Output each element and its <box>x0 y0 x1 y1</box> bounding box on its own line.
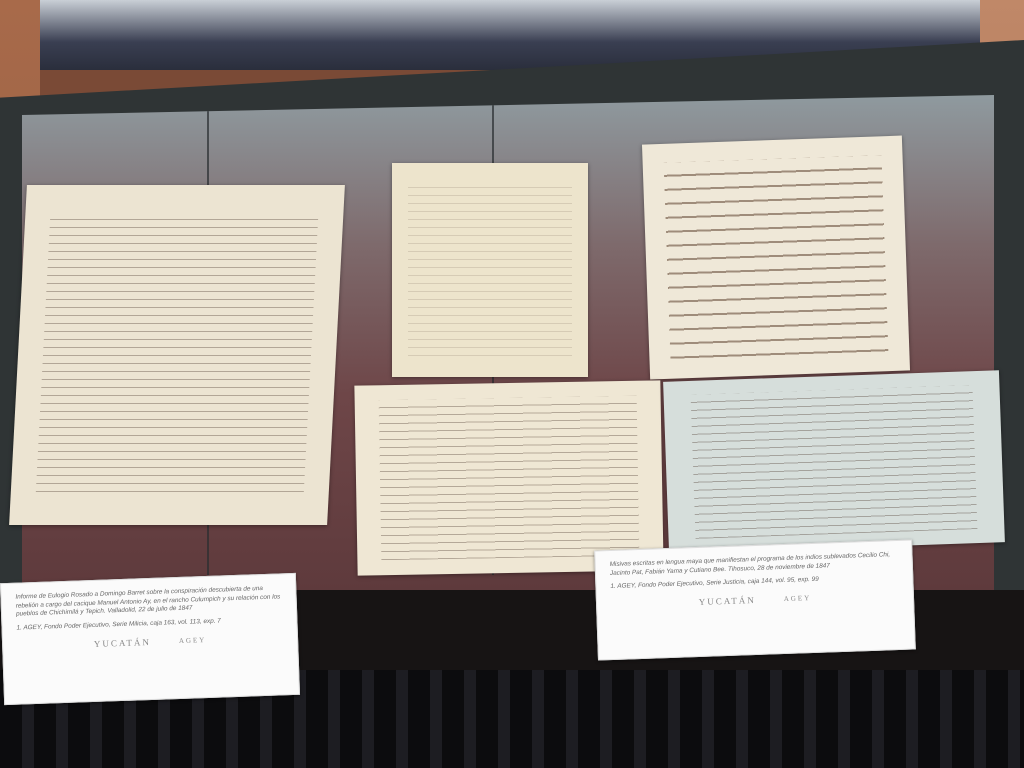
handwriting <box>690 385 977 539</box>
label-logos: YUCATÁN AGEY <box>611 590 899 610</box>
handwriting <box>379 396 639 560</box>
label-card-2: Misivas escritas en lengua maya que mani… <box>594 539 916 660</box>
document-1 <box>9 185 345 525</box>
document-4 <box>354 380 663 575</box>
label-logos: YUCATÁN AGEY <box>17 632 283 651</box>
label-description: Informe de Eulogio Rosado a Domingo Barr… <box>15 584 282 619</box>
document-3 <box>642 136 910 380</box>
agey-logo: AGEY <box>179 636 207 645</box>
handwriting <box>408 180 573 360</box>
yucatan-logo: YUCATÁN <box>699 595 756 607</box>
yucatan-logo: YUCATÁN <box>94 637 151 649</box>
label-card-1: Informe de Eulogio Rosado a Domingo Barr… <box>0 573 300 705</box>
handwriting <box>663 155 888 360</box>
handwriting <box>36 212 318 498</box>
document-2 <box>392 163 588 377</box>
document-5 <box>663 370 1005 554</box>
agey-logo: AGEY <box>784 594 812 603</box>
